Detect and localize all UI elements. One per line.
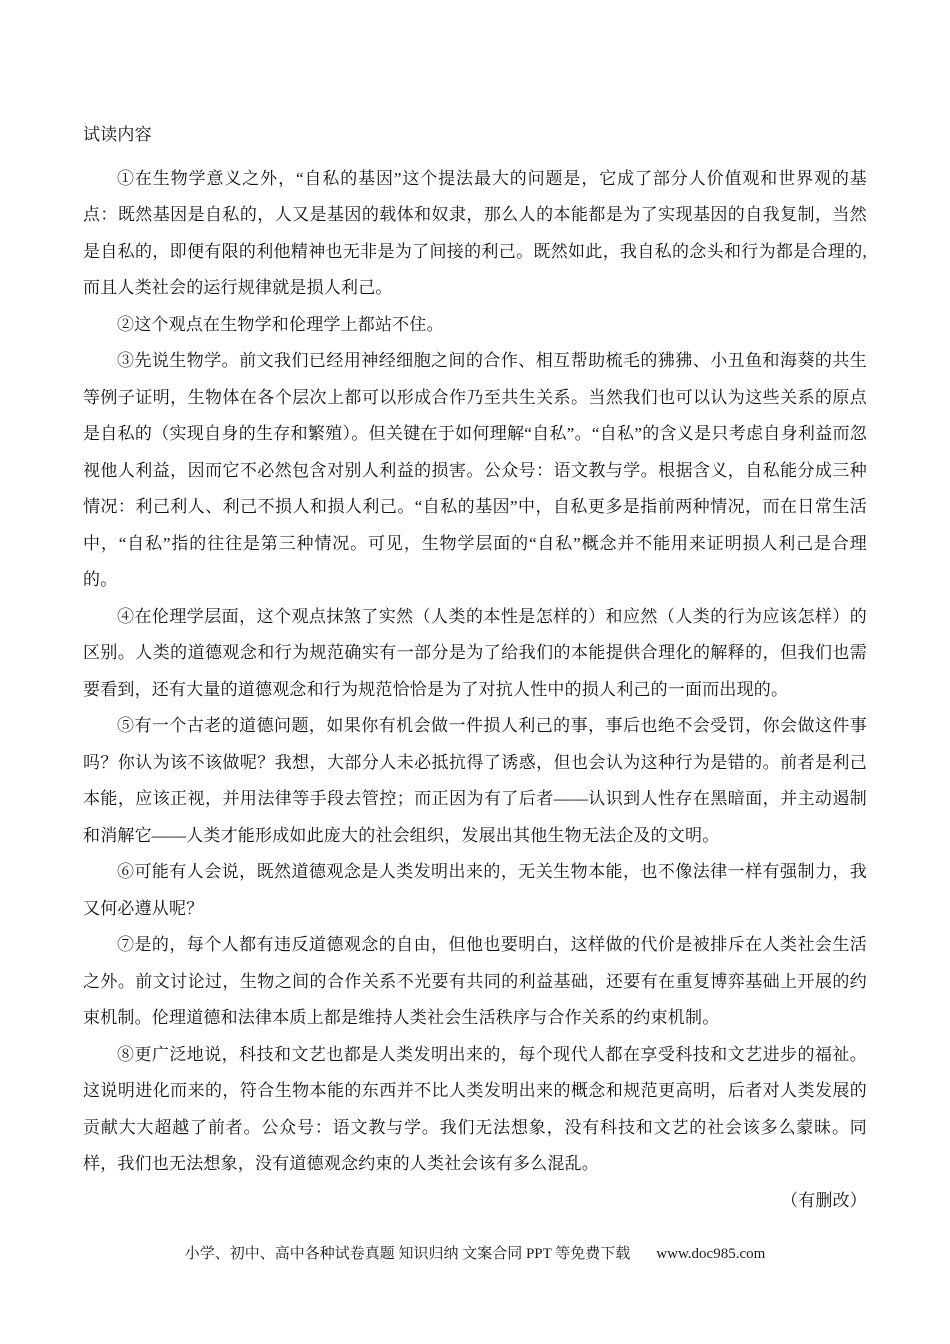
document-page: 试读内容 ①在生物学意义之外，“自私的基因”这个提法最大的问题是，它成了部分人价… [0,0,950,1344]
paragraph: ⑦是的，每个人都有违反道德观念的自由，但他也要明白，这样做的代价是被排斥在人类社… [83,927,867,1037]
reading-passage: ①在生物学意义之外，“自私的基因”这个提法最大的问题是，它成了部分人价值观和世界… [83,161,867,1183]
paragraph: ①在生物学意义之外，“自私的基因”这个提法最大的问题是，它成了部分人价值观和世界… [83,161,867,307]
paragraph: ③先说生物学。前文我们已经用神经细胞之间的合作、相互帮助梳毛的狒狒、小丑鱼和海葵… [83,343,867,599]
paragraph: ⑥可能有人会说，既然道德观念是人类发明出来的，无关生物本能，也不像法律一样有强制… [83,854,867,927]
page-footer: 小学、初中、高中各种试卷真题 知识归纳 文案合同 PPT 等免费下载www.do… [0,1243,950,1265]
document-content: 试读内容 ①在生物学意义之外，“自私的基因”这个提法最大的问题是，它成了部分人价… [83,117,867,1219]
attribution-note: （有删改） [83,1183,867,1220]
paragraph: ⑧更广泛地说，科技和文艺也都是人类发明出来的，每个现代人都在享受科技和文艺进步的… [83,1037,867,1183]
paragraph: ②这个观点在生物学和伦理学上都站不住。 [83,307,867,344]
paragraph: ④在伦理学层面，这个观点抹煞了实然（人类的本性是怎样的）和应然（人类的行为应该怎… [83,599,867,709]
footer-promo-text: 小学、初中、高中各种试卷真题 知识归纳 文案合同 PPT 等免费下载 [185,1246,631,1262]
page-title: 试读内容 [83,117,867,154]
paragraph: ⑤有一个古老的道德问题，如果你有机会做一件损人利己的事，事后也绝不会受罚，你会做… [83,708,867,854]
footer-site-url: www.doc985.com [656,1246,765,1262]
